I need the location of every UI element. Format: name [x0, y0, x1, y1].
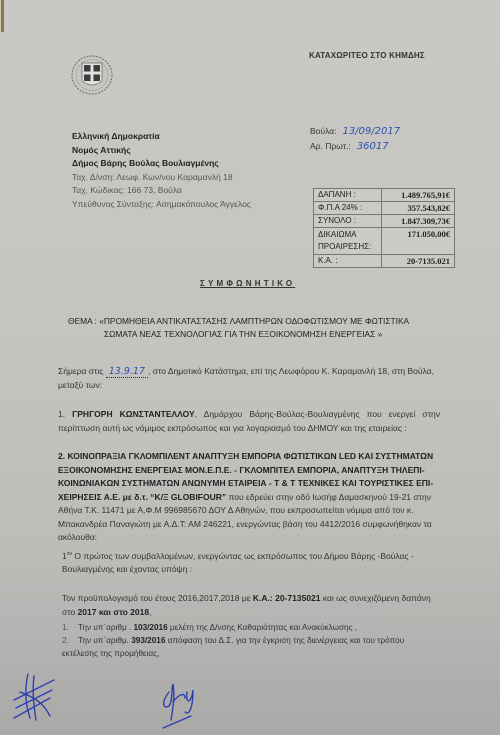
- cost-label: Φ.Π.Α 24% :: [314, 202, 382, 215]
- costs-table: ΔΑΠΑΝΗ : 1.489.765,91€ Φ.Π.Α 24% : 357.5…: [313, 188, 455, 268]
- cost-value: 1.489.765,91€: [382, 189, 455, 202]
- table-row: ΔΙΚΑΙΩΜΑ ΠΡΟΑΙΡΕΣΗΣ: 171.050,00€: [314, 228, 455, 255]
- budget-ka: Κ.Α.: 20-7135021: [253, 593, 321, 603]
- issuer-postal-code: Ταχ. Κώδικας: 166 73, Βούλα: [72, 184, 251, 198]
- list-item-ref: 393/2016: [131, 636, 165, 645]
- handwritten-date: 13/09/2017: [342, 126, 400, 137]
- issuer-municipality: Δήμος Βάρης Βούλας Βουλιαγμένης: [72, 157, 251, 171]
- list-item-number: 1.: [62, 621, 78, 634]
- cost-value: 171.050,00€: [382, 228, 455, 255]
- table-row: ΔΑΠΑΝΗ : 1.489.765,91€: [314, 189, 455, 202]
- place-label: Βούλα:: [310, 126, 336, 136]
- document-title: ΣΥΜΦΩΝΗΤΙΚΟ: [200, 279, 295, 288]
- subject-label: ΘΕΜΑ :: [68, 316, 97, 326]
- cost-value: 357.543,82€: [382, 202, 455, 215]
- subject-line-1: «ΠΡΟΜΗΘΕΙΑ ΑΝΤΙΚΑΤΑΣΤΑΣΗΣ ΛΑΜΠΤΗΡΩΝ ΟΔΟΦ…: [99, 316, 409, 326]
- list-item-text: μελέτη της Δ/νσης Καθαριότητας και Ανακύ…: [168, 623, 357, 632]
- registered-note: ΚΑΤΑΧΩΡΙΤΕΟ ΣΤΟ ΚΗΜΔΗΣ: [309, 51, 425, 60]
- cost-label: ΔΙΚΑΙΩΜΑ ΠΡΟΑΙΡΕΣΗΣ:: [314, 228, 382, 255]
- party-1-name: ΓΡΗΓΟΡΗ ΚΩΝΣΤΑΝΤΕΛΛΟΥ: [72, 409, 195, 419]
- issuer-block: Ελληνική Δημοκρατία Νομός Αττικής Δήμος …: [72, 130, 251, 211]
- party-2-number: 2.: [58, 451, 65, 461]
- list-item-text: Την υπ΄αριθμ .: [78, 623, 133, 632]
- subject-block: ΘΕΜΑ : «ΠΡΟΜΗΘΕΙΑ ΑΝΤΙΚΑΤΑΣΤΑΣΗΣ ΛΑΜΠΤΗΡ…: [68, 315, 409, 341]
- issuer-country: Ελληνική Δημοκρατία: [72, 130, 251, 144]
- greek-coat-of-arms-icon: [68, 53, 116, 97]
- table-row: ΣΥΝΟΛΟ : 1.847.309,73€: [314, 215, 455, 228]
- budget-paragraph: Τον προϋπολογισμό του έτους 2016,2017,20…: [62, 592, 444, 619]
- cost-value: 1.847.309,73€: [382, 215, 455, 228]
- budget-text-3: ,: [149, 607, 151, 617]
- signature-mayor-icon: [10, 672, 58, 724]
- clause-1-text: Ο πρώτος των συμβαλλομένων, ενεργώντας ω…: [62, 551, 414, 575]
- party-2-paragraph: 2. ΚΟΙΝΟΠΡΑΞΙΑ ΓΚΛΟΜΠΙΛΕΝΤ ΑΝΑΠΤΥΞΗ ΕΜΠΟ…: [58, 450, 440, 545]
- intro-prefix: Σήμερα στις: [58, 366, 103, 376]
- handwritten-signing-date: 13.9.17: [106, 366, 148, 378]
- cost-label: ΔΑΠΑΝΗ :: [314, 189, 382, 202]
- document-page: ΚΑΤΑΧΩΡΙΤΕΟ ΣΤΟ ΚΗΜΔΗΣ Ελληνική Δημοκρατ…: [0, 0, 500, 735]
- clause-1-paragraph: 1ον Ο πρώτος των συμβαλλομένων, ενεργώντ…: [62, 548, 422, 577]
- cost-value: 20-7135.021: [382, 255, 455, 268]
- cost-label: Κ.Α. :: [314, 255, 382, 268]
- list-item: 1.Την υπ΄αριθμ . 103/2016 μελέτη της Δ/ν…: [62, 621, 422, 634]
- table-row: Φ.Π.Α 24% : 357.543,82€: [314, 202, 455, 215]
- issuer-prefecture: Νομός Αττικής: [72, 144, 251, 158]
- date-protocol-block: Βούλα:13/09/2017 Αρ. Πρωτ.:36017: [310, 124, 400, 154]
- signature-contractor-icon: [155, 672, 200, 732]
- handwritten-protocol-number: 36017: [357, 141, 389, 152]
- issuer-author: Υπεύθυνος Σύνταξης: Ασημακόπουλος Άγγελο…: [72, 198, 251, 212]
- budget-text-1: Τον προϋπολογισμό του έτους 2016,2017,20…: [62, 593, 253, 603]
- table-row: Κ.Α. : 20-7135.021: [314, 255, 455, 268]
- considerations-list: 1.Την υπ΄αριθμ . 103/2016 μελέτη της Δ/ν…: [62, 621, 422, 660]
- list-item-number: 2.: [62, 634, 78, 647]
- subject-line-2: ΣΩΜΑΤΑ ΝΕΑΣ ΤΕΧΝΟΛΟΓΙΑΣ ΓΙΑ ΤΗΝ ΕΞΟΙΚΟΝΟ…: [68, 328, 409, 341]
- protocol-label: Αρ. Πρωτ.:: [310, 141, 351, 151]
- list-item-ref: 103/2016: [133, 623, 167, 632]
- paper-edge-mark: [1, 0, 4, 32]
- intro-paragraph: Σήμερα στις 13.9.17, στο Δημοτικό Κατάστ…: [58, 365, 438, 392]
- list-item-text: Την υπ΄αριθμ.: [78, 636, 131, 645]
- cost-label: ΣΥΝΟΛΟ :: [314, 215, 382, 228]
- party-1-paragraph: 1. ΓΡΗΓΟΡΗ ΚΩΝΣΤΑΝΤΕΛΛΟΥ, Δημάρχου Βάρης…: [58, 408, 440, 435]
- party-1-number: 1.: [58, 409, 65, 419]
- list-item: 2.Την υπ΄αριθμ. 393/2016 απόφαση του Δ.Σ…: [62, 634, 422, 660]
- budget-years: 2017 και στο 2018: [78, 607, 150, 617]
- issuer-address: Ταχ. Δ/νση: Λεωφ. Κων/νου Καραμανλή 18: [72, 171, 251, 185]
